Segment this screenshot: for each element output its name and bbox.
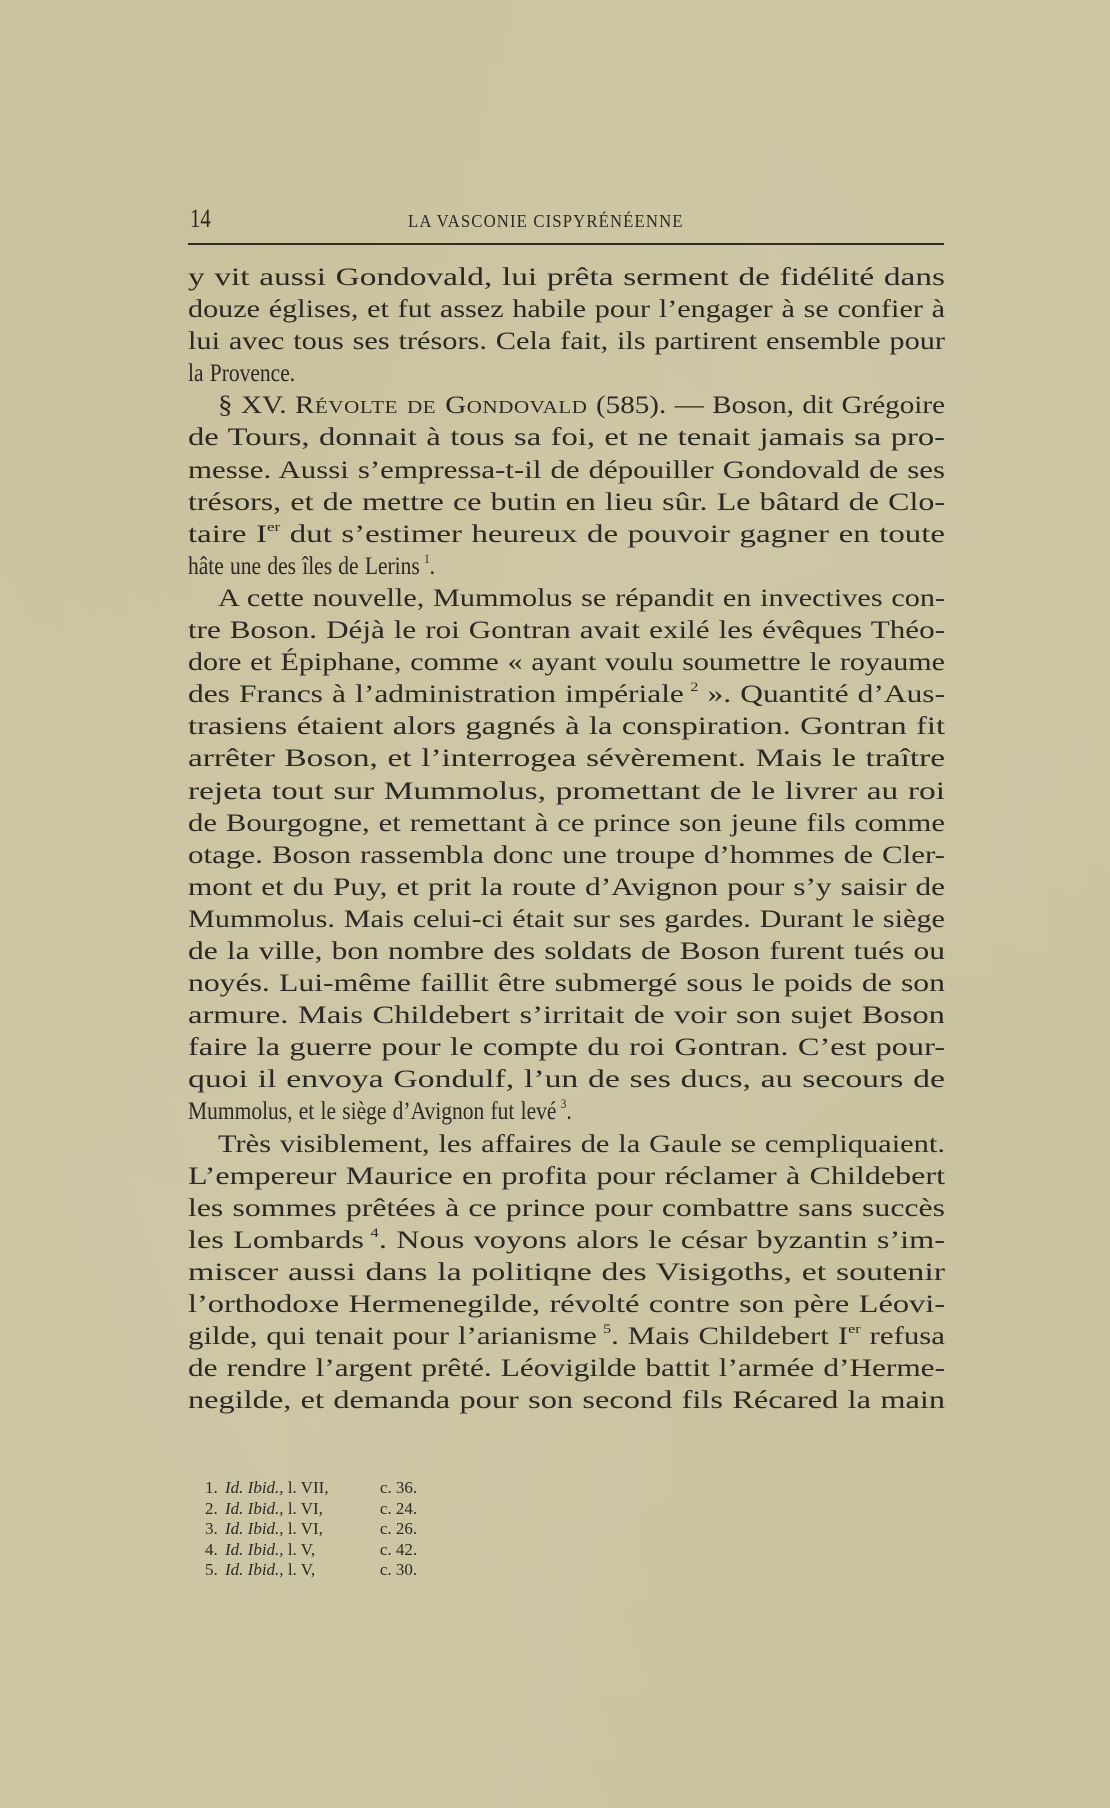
line-text: § XV. Révolte de Gondovald (585). — Boso…: [218, 390, 945, 422]
footnote-ref: 1: [424, 551, 430, 566]
line-text: hâte une des îles de Lerins 1.: [188, 551, 435, 583]
text-line: taire Ier dut s’estimer heureux de pouvo…: [188, 519, 945, 551]
text-line: trasiens étaient alors gagnés à la consp…: [188, 711, 945, 743]
section-heading-line: § XV. Révolte de Gondovald (585). — Boso…: [188, 390, 945, 422]
page-number: 14: [190, 205, 211, 233]
footnote-chapter: c. 30.: [380, 1560, 417, 1579]
line-text: mont et du Puy, et prit la route d’Avign…: [188, 872, 945, 904]
line-text: y vit aussi Gondovald, lui prêta serment…: [188, 262, 945, 294]
header-rule: [188, 243, 944, 245]
text-line: trésors, et de mettre ce butin en lieu s…: [188, 487, 945, 519]
line-text: la Provence.: [188, 358, 295, 390]
line-text: l’orthodoxe Hermenegilde, révolté contre…: [188, 1289, 945, 1321]
line-text: des Francs à l’administration impériale …: [188, 679, 945, 711]
footnote-author: Id.: [225, 1478, 243, 1497]
text-line: de Tours, donnait à tous sa foi, et ne t…: [188, 422, 945, 454]
line-text: miscer aussi dans la politiqne des Visig…: [188, 1257, 945, 1289]
line-text: les sommes prêtées à ce prince pour comb…: [188, 1193, 945, 1225]
text-line: quoi il envoya Gondulf, l’un de ses ducs…: [188, 1064, 945, 1096]
footnote-ref: 5: [603, 1321, 611, 1336]
text-line: douze églises, et fut assez habile pour …: [188, 294, 945, 326]
line-text: arrêter Boson, et l’interrogea sévèremen…: [188, 743, 945, 775]
footnotes: 1.Id. Ibid., l. VII,c. 36.2.Id. Ibid., l…: [205, 1478, 417, 1581]
line-text: de la ville, bon nombre des soldats de B…: [188, 936, 945, 968]
line-text: tre Boson. Déjà le roi Gontran avait exi…: [188, 615, 945, 647]
line-text: faire la guerre pour le compte du roi Go…: [188, 1032, 945, 1064]
line-text: armure. Mais Childebert s’irritait de vo…: [188, 1000, 945, 1032]
footnote: 3.Id. Ibid., l. VI,c. 26.: [205, 1519, 417, 1540]
line-text: Mummolus, et le siège d’Avignon fut levé…: [188, 1096, 572, 1128]
text-line: Mummolus. Mais celui-ci était sur ses ga…: [188, 904, 945, 936]
line-text: negilde, et demanda pour son second fils…: [188, 1385, 945, 1417]
footnote: 1.Id. Ibid., l. VII,c. 36.: [205, 1478, 417, 1499]
text-line: lui avec tous ses trésors. Cela fait, il…: [188, 326, 945, 358]
footnote-work: Ibid.,: [248, 1540, 284, 1559]
footnote-work: Ibid.,: [248, 1519, 284, 1538]
footnote-number: 4.: [205, 1540, 225, 1561]
line-text: douze églises, et fut assez habile pour …: [188, 294, 945, 326]
footnote-author: Id.: [225, 1540, 243, 1559]
text-line: les sommes prêtées à ce prince pour comb…: [188, 1193, 945, 1225]
text-line: faire la guerre pour le compte du roi Go…: [188, 1032, 945, 1064]
footnote-work: Ibid.,: [248, 1499, 284, 1518]
footnote-author: Id.: [225, 1519, 243, 1538]
text-line: A cette nouvelle, Mummolus se répandit e…: [188, 583, 945, 615]
line-text: trésors, et de mettre ce butin en lieu s…: [188, 487, 945, 519]
footnote-number: 3.: [205, 1519, 225, 1540]
text-line: negilde, et demanda pour son second fils…: [188, 1385, 945, 1417]
text-line: dore et Épiphane, comme « ayant voulu so…: [188, 647, 945, 679]
footnote-chapter: c. 42.: [380, 1540, 417, 1559]
footnote-book: l. V,: [288, 1560, 380, 1581]
line-text: quoi il envoya Gondulf, l’un de ses ducs…: [188, 1064, 945, 1096]
footnote-ref: 2: [690, 679, 698, 694]
line-text: de rendre l’argent prêté. Léovigilde bat…: [188, 1353, 945, 1385]
line-text: dore et Épiphane, comme « ayant voulu so…: [188, 647, 945, 679]
text-line: gilde, qui tenait pour l’arianisme 5. Ma…: [188, 1321, 945, 1353]
text-line: rejeta tout sur Mummolus, promettant de …: [188, 776, 945, 808]
text-line: de la ville, bon nombre des soldats de B…: [188, 936, 945, 968]
line-text: lui avec tous ses trésors. Cela fait, il…: [188, 326, 945, 358]
line-text: de Bourgogne, et remettant à ce prince s…: [188, 808, 945, 840]
footnote-ref: 4: [370, 1225, 378, 1240]
footnote-chapter: c. 36.: [380, 1478, 417, 1497]
text-line: Très visiblement, les affaires de la Gau…: [188, 1129, 945, 1161]
text-line: la Provence.: [188, 358, 945, 390]
text-line: des Francs à l’administration impériale …: [188, 679, 945, 711]
footnote-work: Ibid.,: [248, 1560, 284, 1579]
line-text: trasiens étaient alors gagnés à la consp…: [188, 711, 945, 743]
footnote-work: Ibid.,: [248, 1478, 284, 1497]
footnote-chapter: c. 24.: [380, 1499, 417, 1518]
footnote: 4.Id. Ibid., l. V,c. 42.: [205, 1540, 417, 1561]
text-line: L’empereur Maurice en profita pour récla…: [188, 1161, 945, 1193]
line-text: les Lombards 4. Nous voyons alors le cés…: [188, 1225, 945, 1257]
footnote-number: 2.: [205, 1499, 225, 1520]
section-title: Révolte de Gondovald: [295, 392, 587, 419]
text-line: miscer aussi dans la politiqne des Visig…: [188, 1257, 945, 1289]
text-line: armure. Mais Childebert s’irritait de vo…: [188, 1000, 945, 1032]
line-text: Très visiblement, les affaires de la Gau…: [218, 1129, 945, 1161]
line-text: messe. Aussi s’empressa-t-il de dépouill…: [188, 455, 945, 487]
line-text: rejeta tout sur Mummolus, promettant de …: [188, 776, 945, 808]
footnote-author: Id.: [225, 1499, 243, 1518]
text-line: les Lombards 4. Nous voyons alors le cés…: [188, 1225, 945, 1257]
footnote-book: l. VI,: [288, 1519, 380, 1540]
footnote-number: 5.: [205, 1560, 225, 1581]
body-text: y vit aussi Gondovald, lui prêta serment…: [188, 262, 945, 1417]
footnote-ref: 3: [561, 1096, 567, 1111]
footnote-number: 1.: [205, 1478, 225, 1499]
footnote-chapter: c. 26.: [380, 1519, 417, 1538]
footnote: 5.Id. Ibid., l. V,c. 30.: [205, 1560, 417, 1581]
footnote-author: Id.: [225, 1560, 243, 1579]
footnote-book: l. VII,: [288, 1478, 380, 1499]
line-text: gilde, qui tenait pour l’arianisme 5. Ma…: [188, 1321, 945, 1353]
line-text: otage. Boson rassembla donc une troupe d…: [188, 840, 945, 872]
superscript: er: [848, 1321, 860, 1336]
text-line: hâte une des îles de Lerins 1.: [188, 551, 945, 583]
text-line: mont et du Puy, et prit la route d’Avign…: [188, 872, 945, 904]
footnote: 2.Id. Ibid., l. VI,c. 24.: [205, 1499, 417, 1520]
line-text: A cette nouvelle, Mummolus se répandit e…: [218, 583, 945, 615]
superscript: er: [267, 519, 280, 534]
line-text: Mummolus. Mais celui-ci était sur ses ga…: [188, 904, 945, 936]
text-line: de Bourgogne, et remettant à ce prince s…: [188, 808, 945, 840]
line-text: taire Ier dut s’estimer heureux de pouvo…: [188, 519, 945, 551]
text-line: messe. Aussi s’empressa-t-il de dépouill…: [188, 455, 945, 487]
text-line: Mummolus, et le siège d’Avignon fut levé…: [188, 1096, 945, 1128]
text-line: de rendre l’argent prêté. Léovigilde bat…: [188, 1353, 945, 1385]
running-head: 14 LA VASCONIE CISPYRÉNÉENNE: [188, 205, 945, 233]
text-line: l’orthodoxe Hermenegilde, révolté contre…: [188, 1289, 945, 1321]
line-text: de Tours, donnait à tous sa foi, et ne t…: [188, 422, 945, 454]
line-text: L’empereur Maurice en profita pour récla…: [188, 1161, 945, 1193]
text-line: tre Boson. Déjà le roi Gontran avait exi…: [188, 615, 945, 647]
text-line: otage. Boson rassembla donc une troupe d…: [188, 840, 945, 872]
text-line: arrêter Boson, et l’interrogea sévèremen…: [188, 743, 945, 775]
text-line: y vit aussi Gondovald, lui prêta serment…: [188, 262, 945, 294]
line-text: noyés. Lui-même faillit être submergé so…: [188, 968, 945, 1000]
running-title: LA VASCONIE CISPYRÉNÉENNE: [408, 209, 684, 233]
text-line: noyés. Lui-même faillit être submergé so…: [188, 968, 945, 1000]
book-page: 14 LA VASCONIE CISPYRÉNÉENNE y vit aussi…: [0, 0, 1110, 1808]
footnote-book: l. V,: [288, 1540, 380, 1561]
footnote-book: l. VI,: [288, 1499, 380, 1520]
